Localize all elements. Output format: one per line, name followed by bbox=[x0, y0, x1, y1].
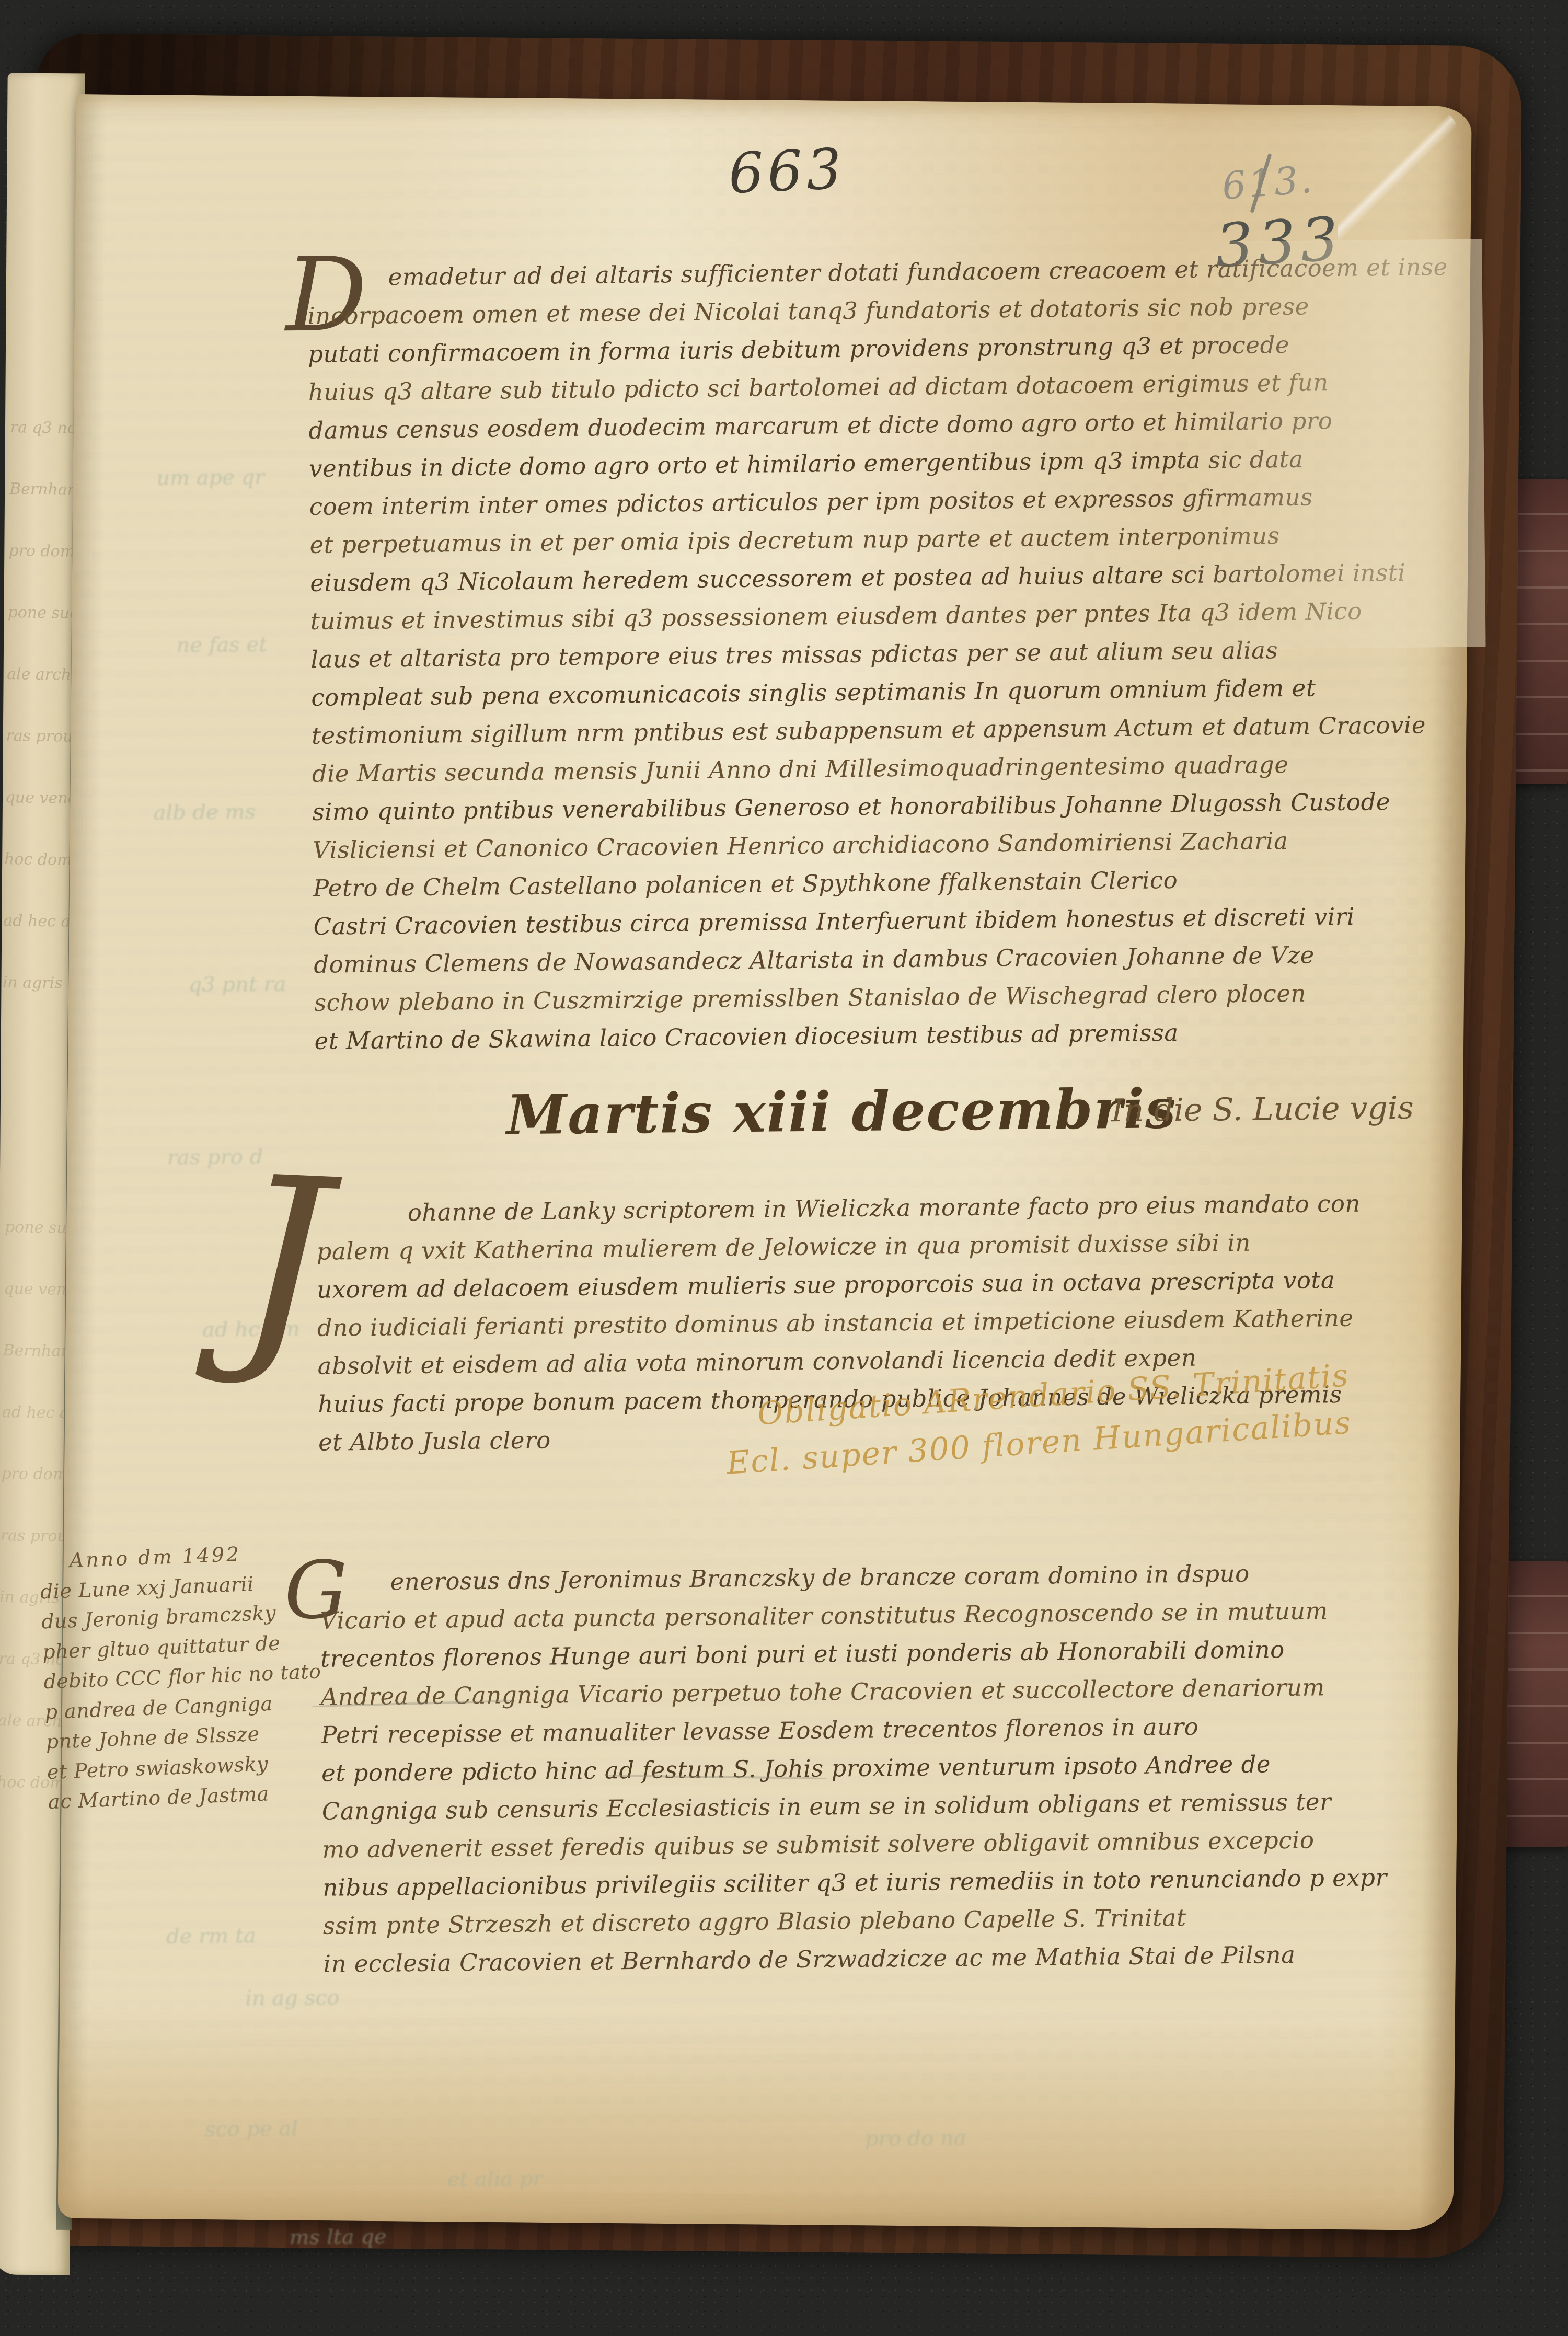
bleed-mark: q3 pnt ra bbox=[188, 972, 286, 997]
manuscript-photo: { "colors": { "background": "#262624", "… bbox=[0, 0, 1568, 2336]
manuscript-page: um ape qr ne fas et alb de ms q3 pnt ra … bbox=[58, 94, 1472, 2230]
bleed-mark: sco pe al bbox=[204, 2116, 298, 2142]
bleed-mark: de rm ta bbox=[166, 1924, 256, 1949]
margin-note: Anno dm 1492 die Lune xxj Januarii dus J… bbox=[39, 1537, 326, 1817]
bleed-mark: in ag sco bbox=[245, 1986, 340, 2011]
bleed-mark: ms lta qe bbox=[289, 2225, 386, 2250]
entry-date-heading-note: In die S. Lucie vgis bbox=[1111, 1090, 1414, 1130]
bleed-mark: ne fas et bbox=[176, 632, 267, 658]
entry-paragraph-1: emadetur ad dei altaris sufficienter dot… bbox=[307, 248, 1455, 1060]
bleed-mark: alb de ms bbox=[153, 800, 256, 825]
bleed-mark: et alia pr bbox=[447, 2167, 543, 2192]
folio-number-ink: 663 bbox=[727, 136, 847, 206]
entry-paragraph-3: enerosus dns Jeronimus Branczsky de bran… bbox=[319, 1553, 1388, 1983]
bleed-mark: um ape qr bbox=[156, 465, 264, 490]
entry-date-heading: Martis xiii decembris bbox=[506, 1076, 1177, 1147]
bleed-mark: pro do na bbox=[865, 2126, 966, 2151]
page-content: um ape qr ne fas et alb de ms q3 pnt ra … bbox=[59, 93, 1474, 2230]
folio-number-crossed-out: 613. bbox=[1220, 157, 1316, 208]
